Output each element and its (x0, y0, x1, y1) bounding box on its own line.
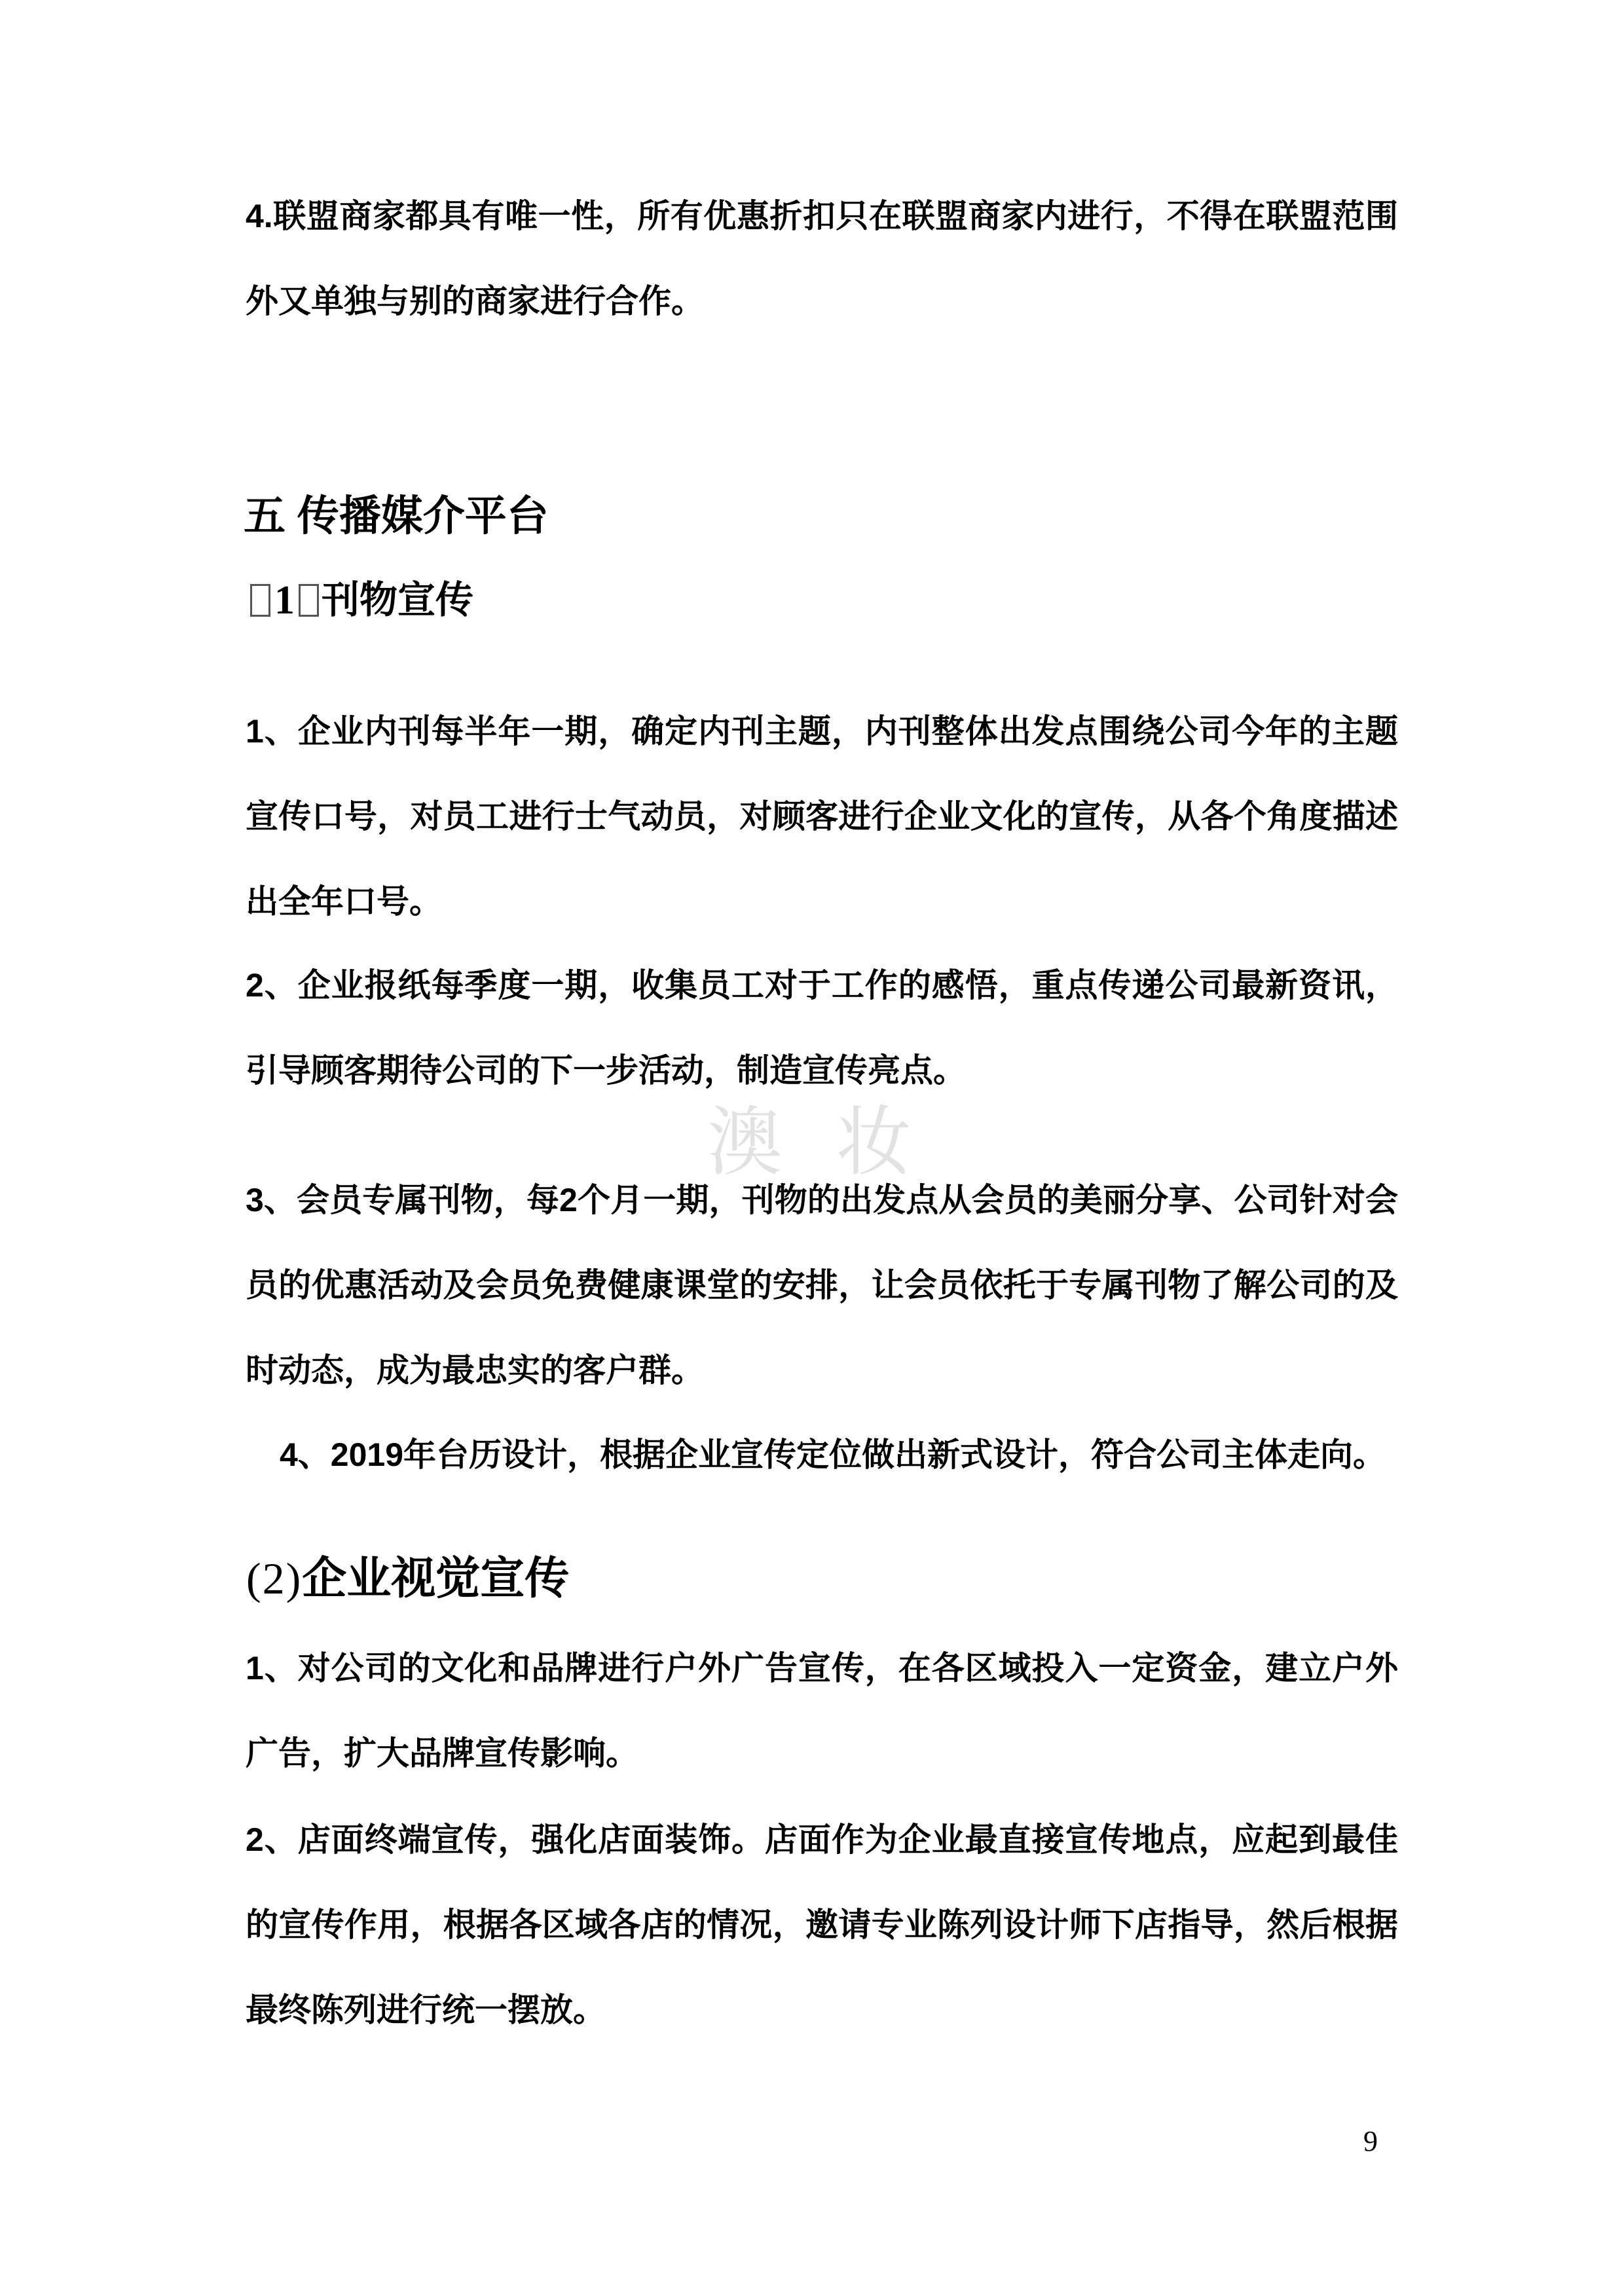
subsection-1-number: 1 (273, 576, 296, 625)
subsection-1-title: 刊物宣传 (322, 577, 473, 623)
subsection-2-item-2: 2、店面终端宣传，强化店面装饰。店面作为企业最直接宣传地点，应起到最佳的宣传作用… (246, 1797, 1398, 2052)
intro-paragraph: 4.联盟商家都具有唯一性，所有优惠折扣只在联盟商家内进行，不得在联盟范围外又单独… (246, 173, 1398, 344)
subsection-2-label: (2) (246, 1554, 302, 1603)
chapter-heading: 五 传播媒介平台 (244, 492, 549, 541)
missing-glyph-box (299, 584, 319, 617)
subsection-2-item-1: 1、对公司的文化和品牌进行户外广告宣传，在各区域投入一定资金，建立户外广告，扩大… (246, 1626, 1398, 1796)
subsection-1-heading: 1 刊物宣传 (248, 576, 473, 625)
subsection-1-item-3: 3、会员专属刊物，每2个月一期，刊物的出发点从会员的美丽分享、公司针对会员的优惠… (246, 1157, 1398, 1413)
subsection-1-item-4: 4、2019年台历设计，根据企业宣传定位做出新式设计，符合公司主体走向。 (246, 1412, 1398, 1497)
subsection-1-item-1: 1、企业内刊每半年一期，确定内刊主题，内刊整体出发点围绕公司今年的主题宣传口号，… (246, 689, 1398, 944)
document-page: 澳 妆 4.联盟商家都具有唯一性，所有优惠折扣只在联盟商家内进行，不得在联盟范围… (0, 0, 1624, 2296)
subsection-2-title: 企业视觉宣传 (302, 1554, 569, 1603)
missing-glyph-box (250, 584, 270, 617)
subsection-1-item-2: 2、企业报纸每季度一期，收集员工对于工作的感悟，重点传递公司最新资讯，引导顾客期… (246, 943, 1398, 1113)
subsection-2-heading: (2)企业视觉宣传 (246, 1553, 569, 1604)
page-number: 9 (1363, 2124, 1378, 2158)
